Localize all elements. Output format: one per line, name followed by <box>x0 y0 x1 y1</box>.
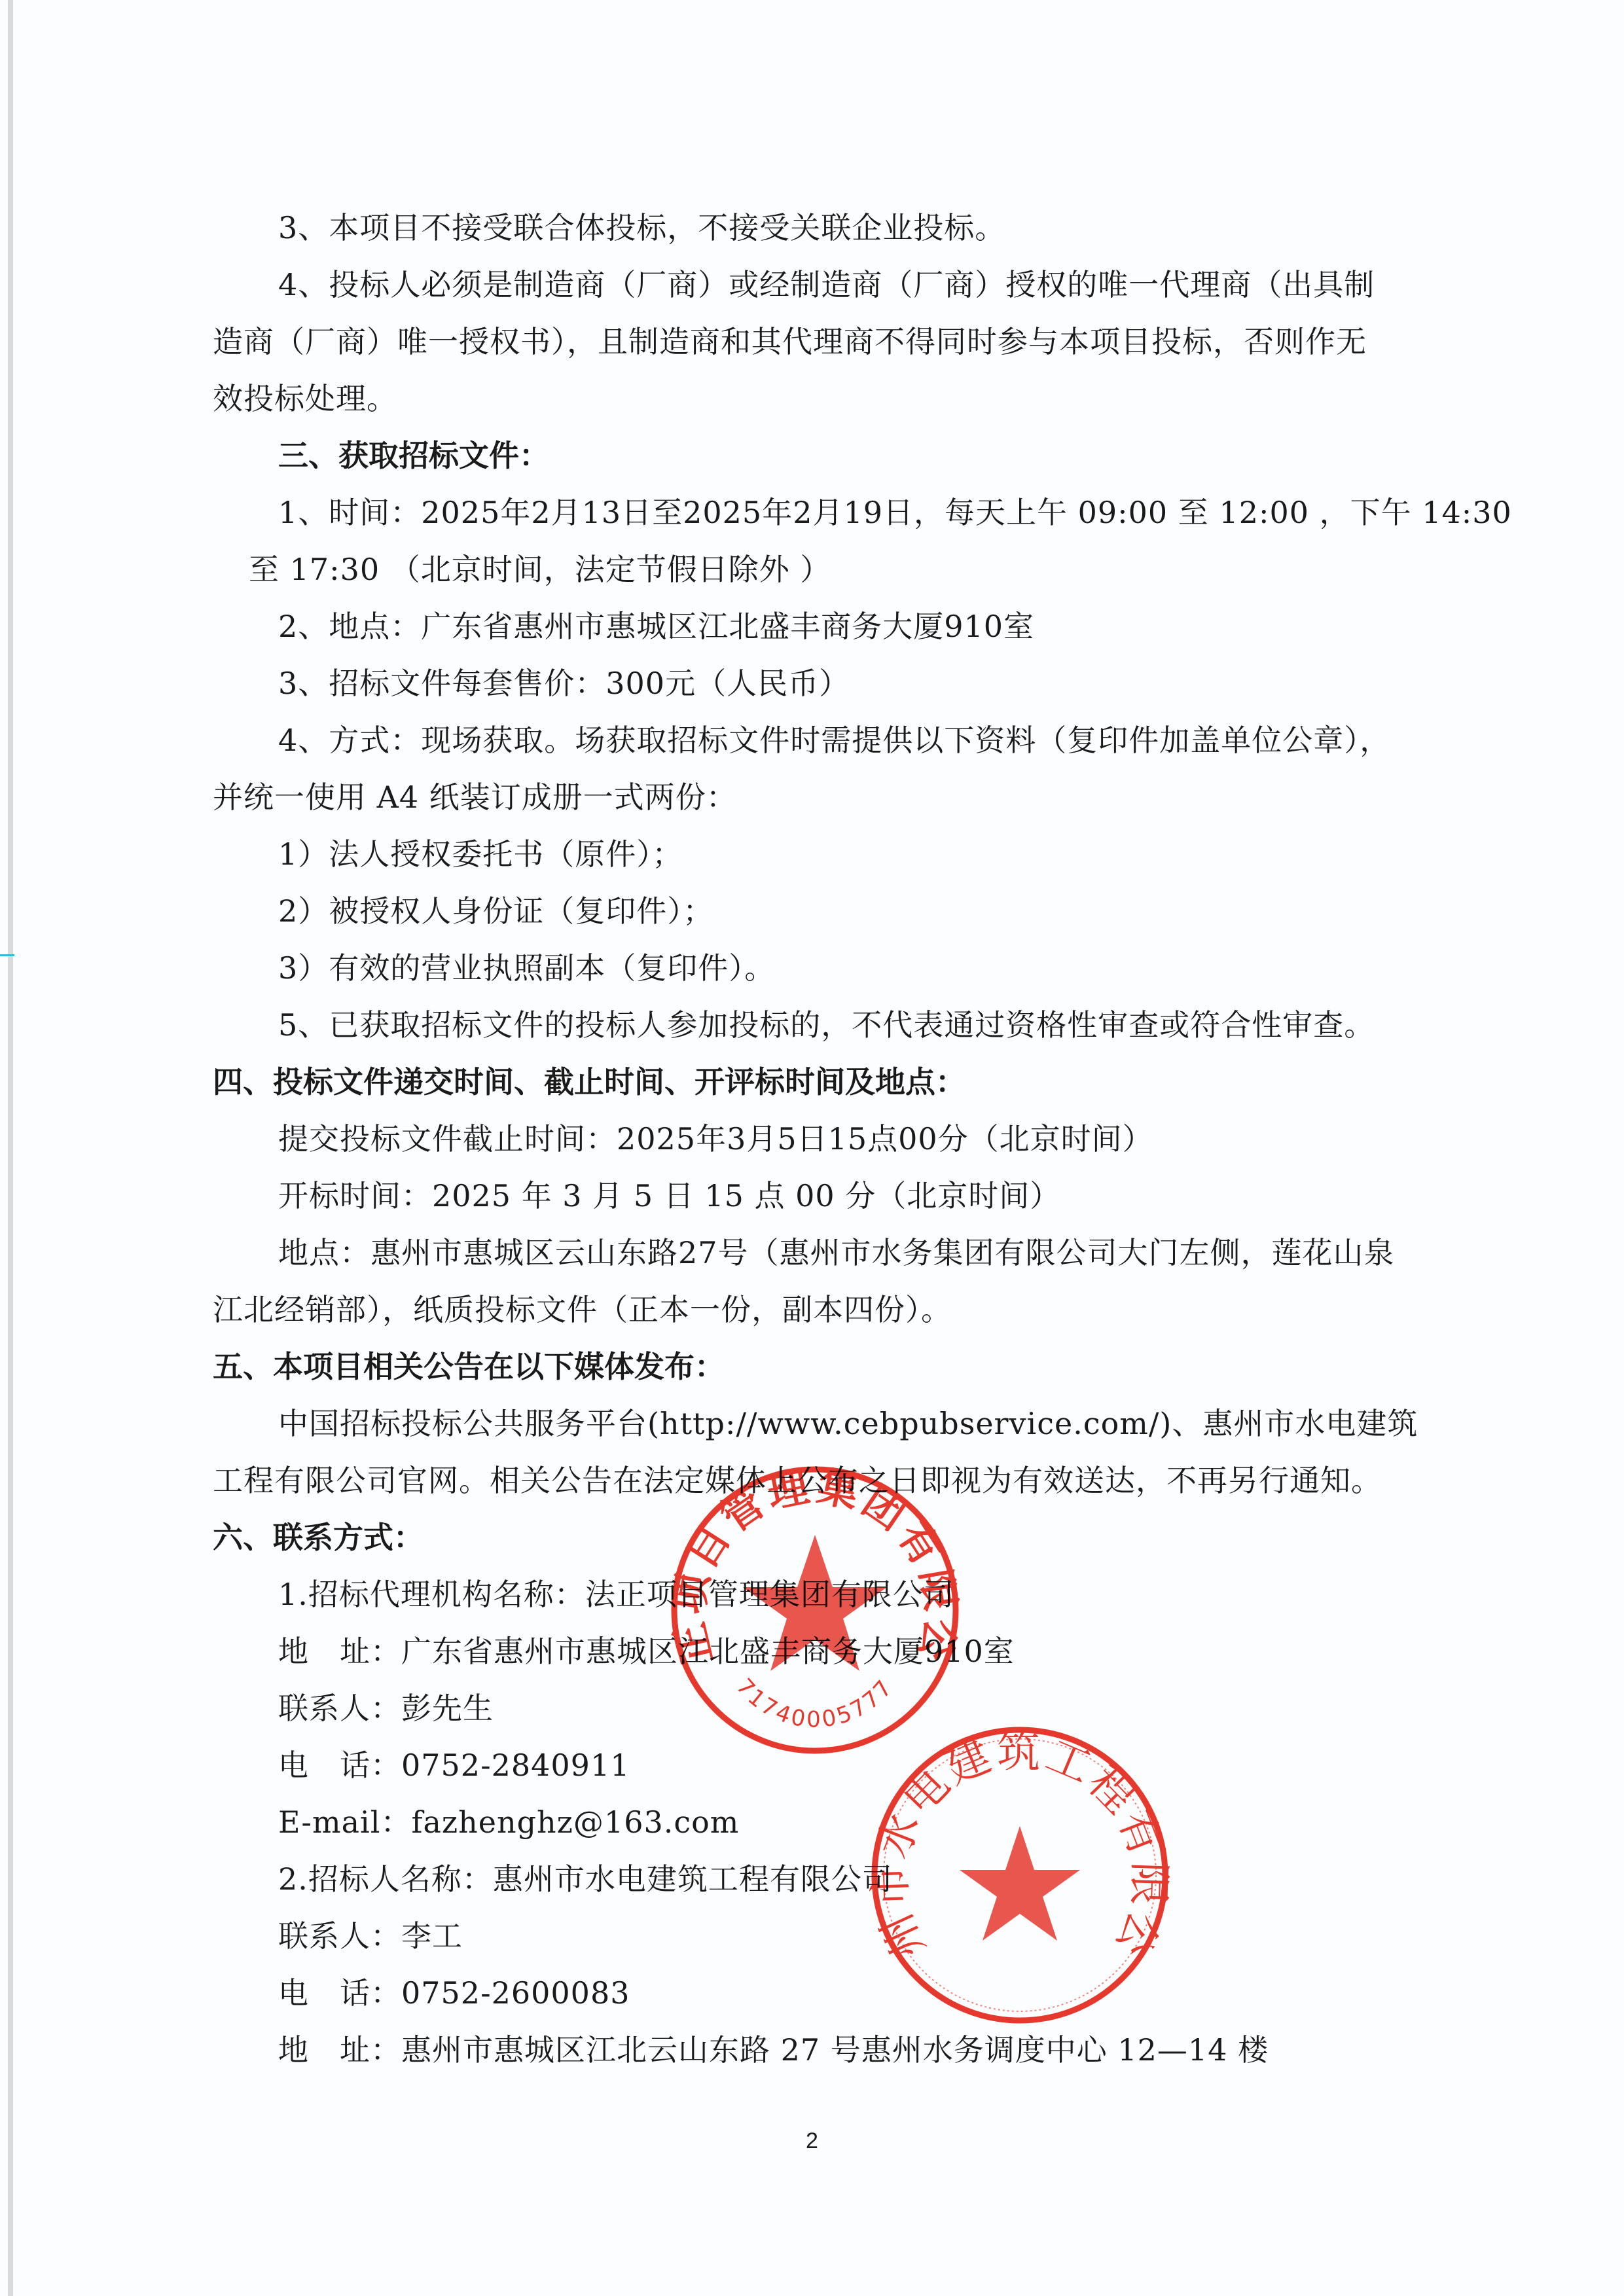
agency-phone-label: 电 话： <box>278 1748 401 1783</box>
document-price: 3、招标文件每套售价：300元（人民币） <box>213 655 1430 712</box>
document-page: 3、本项目不接受联合体投标，不接受关联企业投标。 4、投标人必须是制造商（厂商）… <box>0 0 1624 2296</box>
tenderer-name: 2.招标人名称：惠州市水电建筑工程有限公司 <box>213 1851 1430 1908</box>
obtain-location: 2、地点：广东省惠州市惠城区江北盛丰商务大厦910室 <box>213 598 1430 655</box>
obtain-time-line-2: 至 17:30 （北京时间，法定节假日除外 ） <box>213 541 1430 598</box>
obtain-time-line-1: 1、时间：2025年2月13日至2025年2月19日，每天上午 09:00 至 … <box>213 484 1430 541</box>
media-line-1: 中国招标投标公共服务平台(http://www.cebpubservice.co… <box>213 1395 1430 1452</box>
agency-address: 地 址：广东省惠州市惠城区江北盛丰商务大厦910室 <box>213 1623 1430 1680</box>
tenderer-phone-value: 0752-2600083 <box>401 1975 630 2011</box>
tenderer-phone-label: 电 话： <box>278 1975 401 2011</box>
section-3-heading: 三、获取招标文件： <box>213 427 1430 484</box>
section-4-heading: 四、投标文件递交时间、截止时间、开评标时间及地点： <box>213 1054 1430 1111</box>
tenderer-address-value: 惠州市惠城区江北云山东路 27 号惠州水务调度中心 12—14 楼 <box>401 2032 1269 2068</box>
required-doc-1: 1）法人授权委托书（原件）； <box>213 826 1430 883</box>
agency-address-value: 广东省惠州市惠城区江北盛丰商务大厦910室 <box>401 1634 1015 1669</box>
agency-name: 1.招标代理机构名称：法正项目管理集团有限公司 <box>213 1566 1430 1623</box>
agency-phone: 电 话：0752-2840911 <box>213 1737 1430 1794</box>
submission-deadline: 提交投标文件截止时间：2025年3月5日15点00分（北京时间） <box>213 1111 1430 1168</box>
tenderer-phone: 电 话：0752-2600083 <box>213 1965 1430 2022</box>
section-5-heading: 五、本项目相关公告在以下媒体发布： <box>213 1338 1430 1395</box>
obtain-method-line-1: 4、方式：现场获取。场获取招标文件时需提供以下资料（复印件加盖单位公章）， <box>213 712 1430 769</box>
section-6-heading: 六、联系方式： <box>213 1509 1430 1566</box>
tenderer-contact-value: 李工 <box>401 1918 463 1954</box>
agency-phone-value: 0752-2840911 <box>401 1748 630 1783</box>
agency-contact: 联系人：彭先生 <box>213 1680 1430 1737</box>
agency-address-label: 地 址： <box>278 1634 401 1669</box>
requirement-item-3: 3、本项目不接受联合体投标，不接受关联企业投标。 <box>213 200 1430 257</box>
submission-place-line-2: 江北经销部），纸质投标文件（正本一份，副本四份）。 <box>213 1282 1430 1338</box>
required-doc-2: 2）被授权人身份证（复印件）； <box>213 883 1430 940</box>
scan-mark <box>0 954 14 956</box>
scan-edge <box>8 0 13 2296</box>
tenderer-contact-label: 联系人： <box>278 1918 401 1954</box>
obtain-method-line-2: 并统一使用 A4 纸装订成册一式两份： <box>213 769 1430 826</box>
requirement-item-4-line-2: 造商（厂商）唯一授权书），且制造商和其代理商不得同时参与本项目投标，否则作无 <box>213 314 1430 370</box>
requirement-item-4-line-1: 4、投标人必须是制造商（厂商）或经制造商（厂商）授权的唯一代理商（出具制 <box>213 257 1430 314</box>
qualification-note: 5、已获取招标文件的投标人参加投标的，不代表通过资格性审查或符合性审查。 <box>213 997 1430 1054</box>
agency-contact-label: 联系人： <box>278 1691 401 1726</box>
agency-contact-value: 彭先生 <box>401 1691 494 1726</box>
tenderer-address-label: 地 址： <box>278 2032 401 2068</box>
bid-opening-time: 开标时间：2025 年 3 月 5 日 15 点 00 分（北京时间） <box>213 1168 1430 1225</box>
tenderer-address: 地 址：惠州市惠城区江北云山东路 27 号惠州水务调度中心 12—14 楼 <box>213 2022 1430 2079</box>
agency-email-value: fazhenghz@163.com <box>411 1804 739 1840</box>
document-body: 3、本项目不接受联合体投标，不接受关联企业投标。 4、投标人必须是制造商（厂商）… <box>213 200 1430 2079</box>
tenderer-contact: 联系人：李工 <box>213 1908 1430 1965</box>
requirement-item-4-line-3: 效投标处理。 <box>213 370 1430 427</box>
page-number: 2 <box>0 2128 1624 2154</box>
agency-email-label: E-mail： <box>278 1804 411 1840</box>
submission-place-line-1: 地点：惠州市惠城区云山东路27号（惠州市水务集团有限公司大门左侧，莲花山泉 <box>213 1225 1430 1282</box>
agency-email: E-mail：fazhenghz@163.com <box>213 1794 1430 1851</box>
required-doc-3: 3）有效的营业执照副本（复印件）。 <box>213 940 1430 997</box>
media-line-2: 工程有限公司官网。相关公告在法定媒体上公布之日即视为有效送达，不再另行通知。 <box>213 1452 1430 1509</box>
